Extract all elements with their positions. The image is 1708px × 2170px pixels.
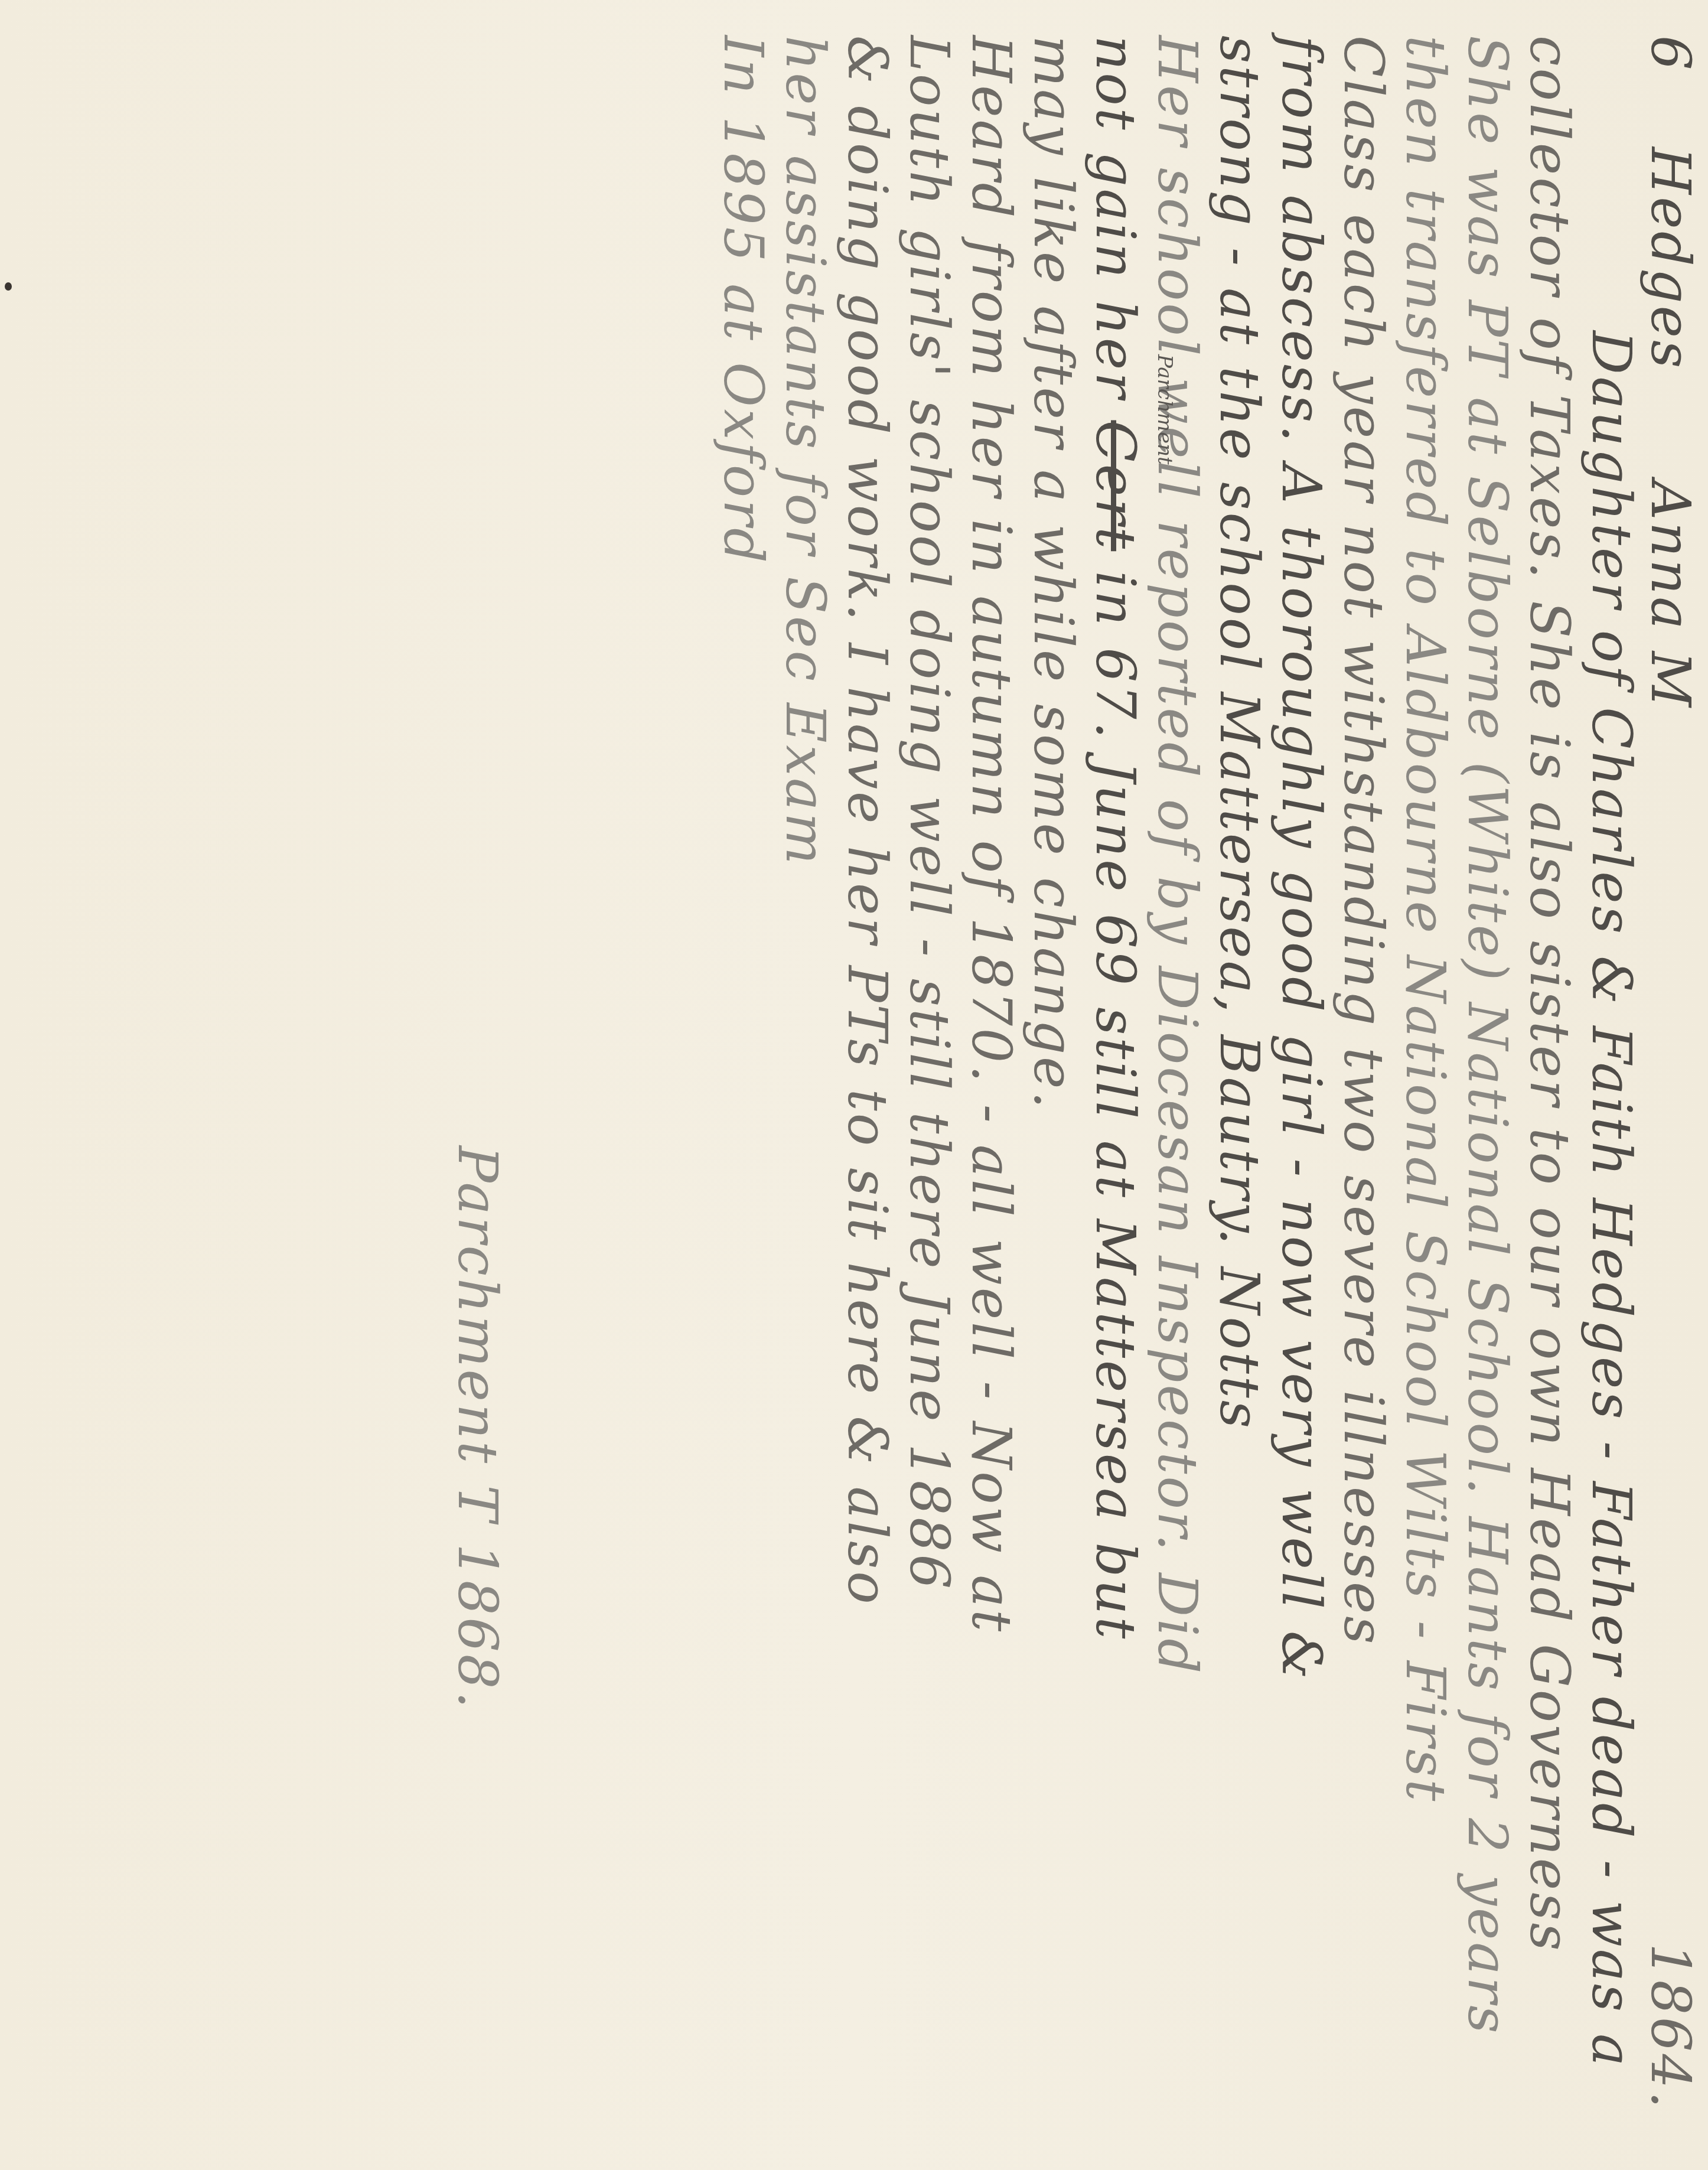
body-line-13: & doing good work. I have her PTs to sit… bbox=[836, 35, 899, 1607]
body-line-12: Louth girls' school doing well - still t… bbox=[898, 35, 961, 1591]
body-line-14: her assistants for Sec Exam bbox=[774, 35, 837, 866]
entry-surname: Hedges bbox=[1639, 147, 1702, 370]
body-line-9-text: not gain her bbox=[1084, 35, 1147, 400]
body-line-9: not gain her Cert in 67. June 69 still a… bbox=[1084, 35, 1147, 1641]
entry-year: 1864. bbox=[1639, 1943, 1702, 2110]
body-line-4: then transferred to Aldbourne National S… bbox=[1394, 35, 1457, 1803]
document-page: 6 Hedges Anna M 1864. Daughter of Charle… bbox=[0, 0, 1708, 2170]
body-line-6: from abscess. A thoroughly good girl - n… bbox=[1270, 35, 1333, 1682]
inserted-note: Parchment bbox=[1153, 354, 1176, 465]
entry-header: 6 Hedges Anna M bbox=[1639, 35, 1702, 709]
body-line-1: Daughter of Charles & Faith Hedges - Fat… bbox=[1580, 331, 1643, 2068]
body-line-10: may like after a while some change. bbox=[1022, 35, 1085, 1111]
body-line-5: Class each year not withstanding two sev… bbox=[1332, 35, 1395, 1647]
body-line-11: Heard from her in autumn of 1870. - all … bbox=[960, 35, 1023, 1634]
entry-number: 6 bbox=[1639, 35, 1702, 73]
body-line-15: In 1895 at Oxford bbox=[712, 35, 775, 565]
body-line-8: Her school well reported of by Diocesan … bbox=[1146, 35, 1209, 1676]
entry-given-names: Anna M bbox=[1639, 481, 1702, 709]
footer-note: Parchment T 1868. bbox=[446, 1146, 509, 1711]
body-line-3: She was PT at Selborne (White) National … bbox=[1456, 35, 1519, 2035]
body-line-9-tail: in 67. June 69 still at Mattersea but bbox=[1084, 571, 1147, 1641]
struck-word: Cert bbox=[1084, 420, 1147, 551]
body-line-7: strong - at the school Mattersea, Bautry… bbox=[1208, 35, 1271, 1431]
rotated-sheet: 6 Hedges Anna M 1864. Daughter of Charle… bbox=[0, 0, 1708, 2170]
body-line-2: collector of Taxes. She is also sister t… bbox=[1518, 35, 1581, 1953]
